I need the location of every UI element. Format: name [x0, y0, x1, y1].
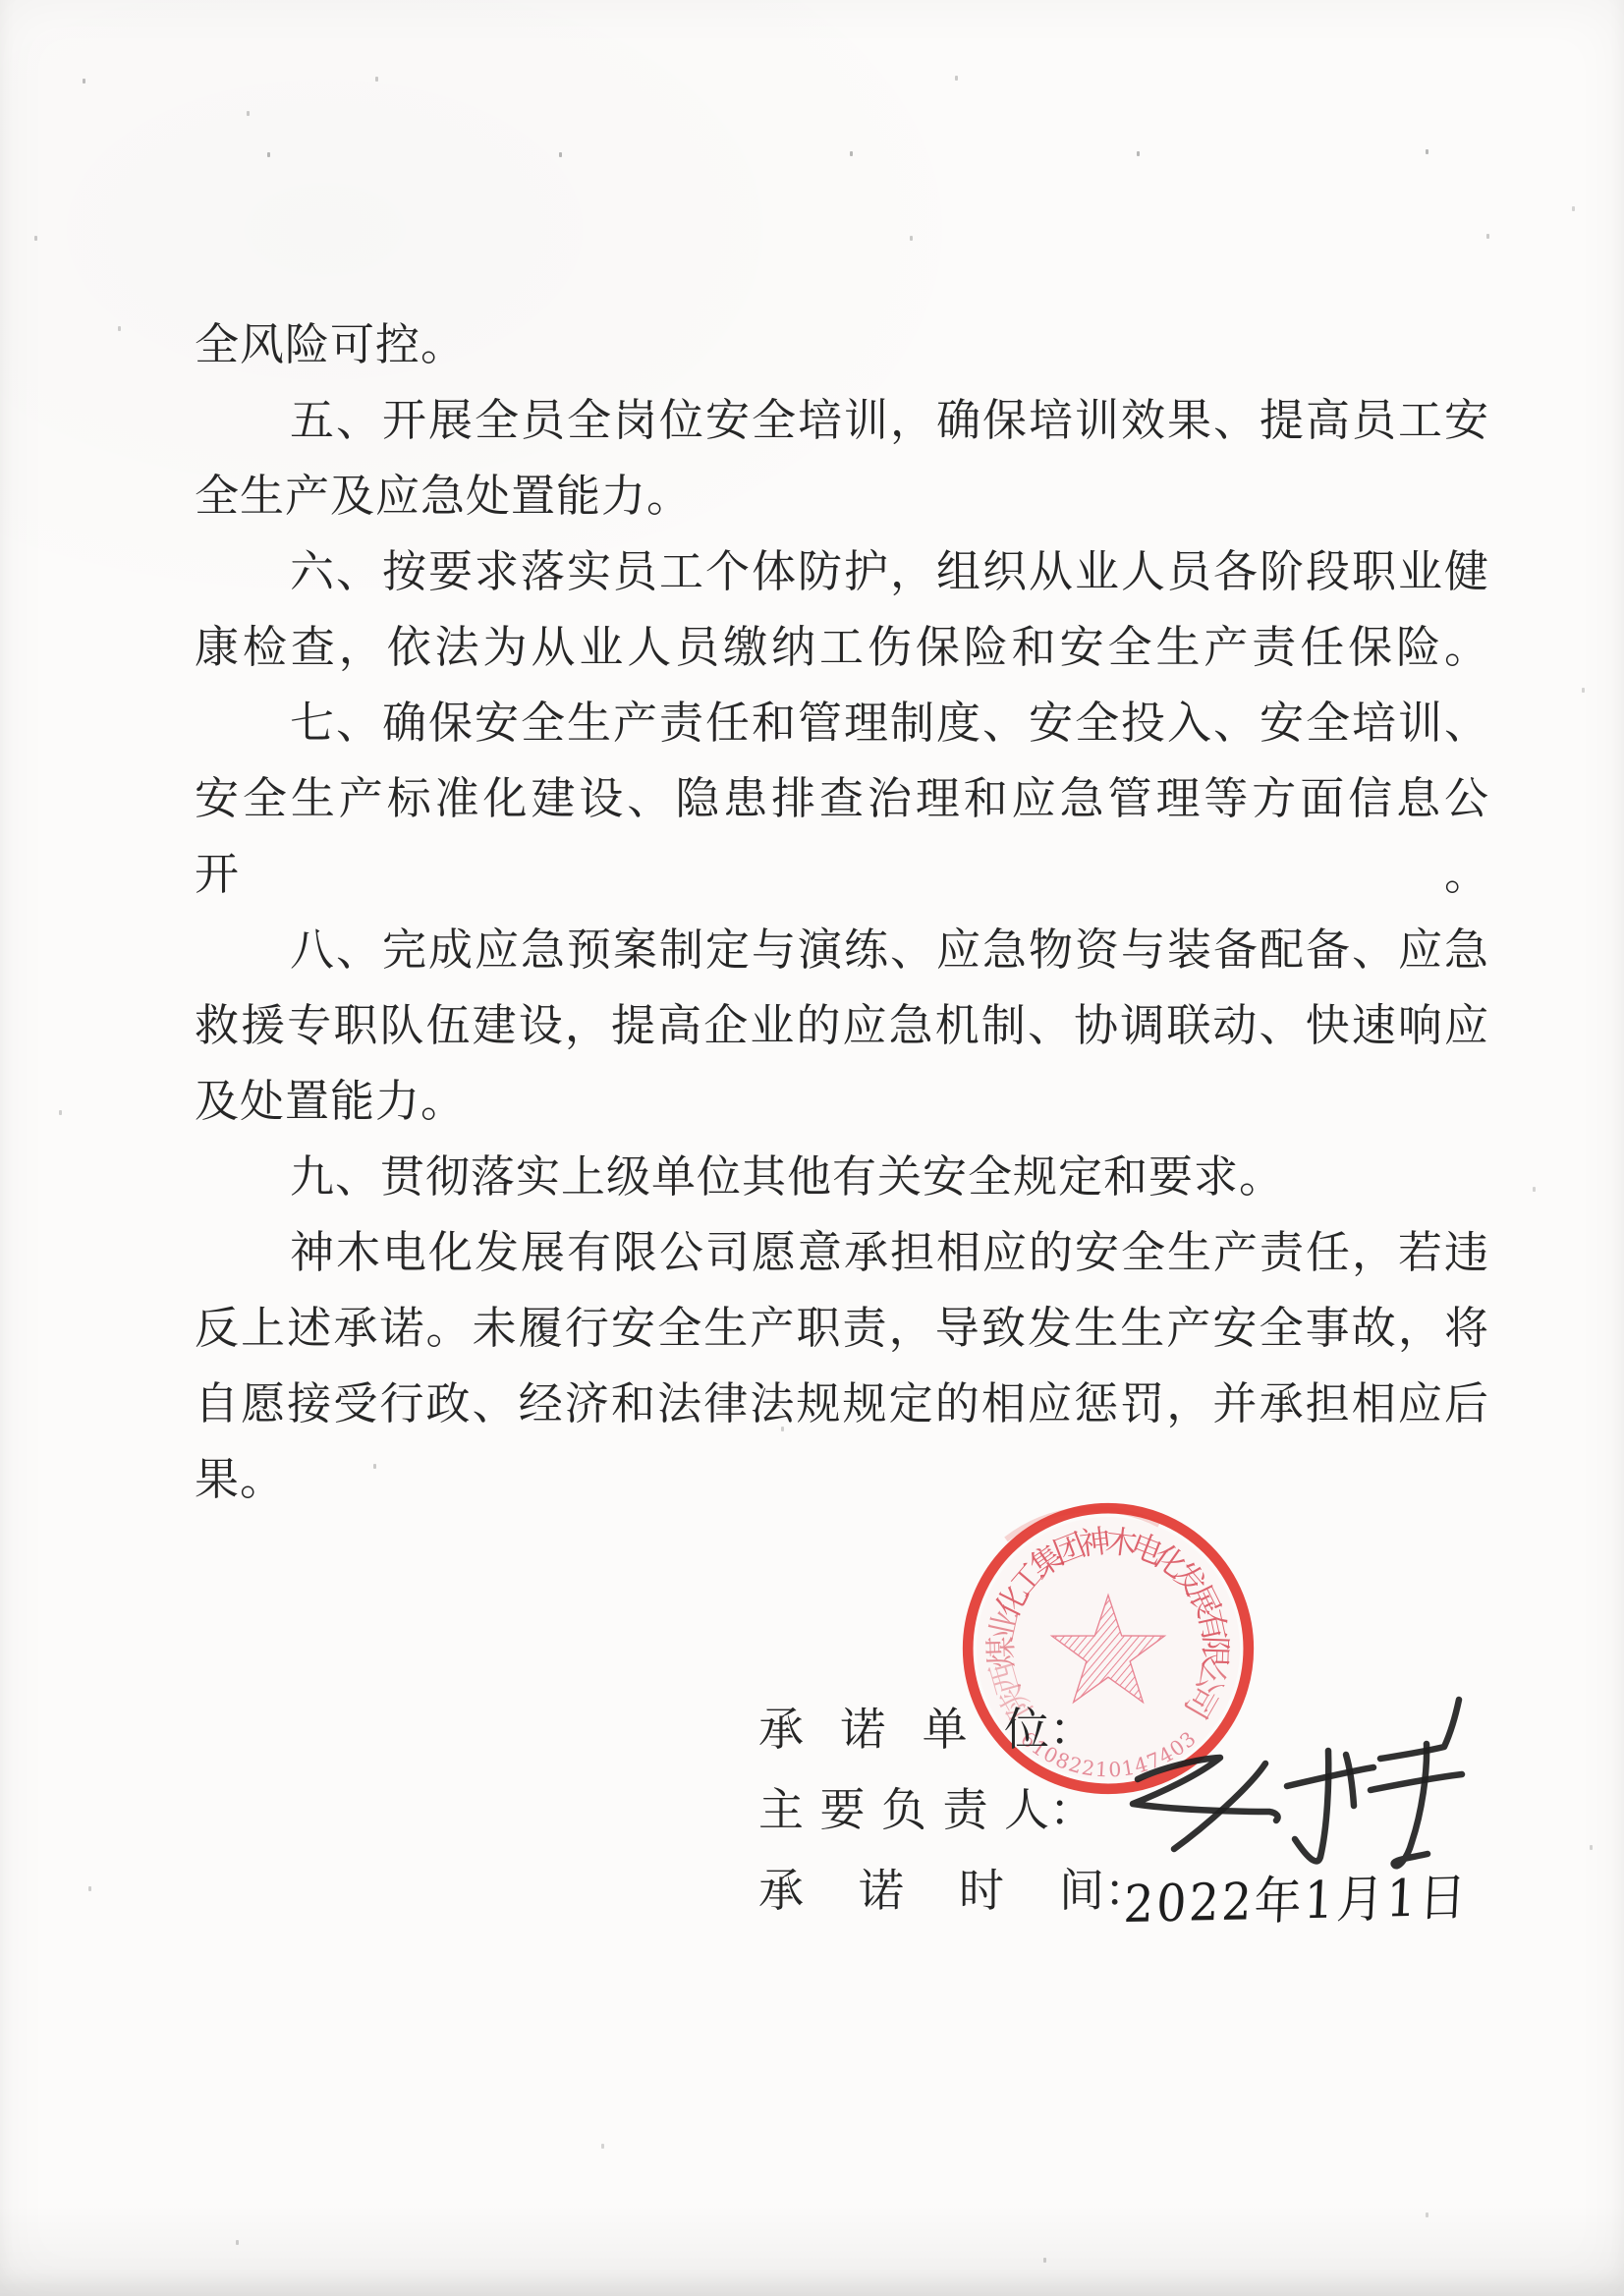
colon: ： — [1049, 1694, 1094, 1759]
body-line: 及处置能力。 — [195, 1063, 1489, 1139]
body-line: 六、按要求落实员工个体防护，组织从业人员各阶段职业健 — [195, 533, 1489, 609]
body-line: 康检查，依法为从业人员缴纳工伤保险和安全生产责任保险。 — [195, 609, 1489, 685]
body-line: 安全生产标准化建设、隐患排查治理和应急管理等方面信息公开。 — [195, 760, 1489, 912]
document-body: 全风险可控。 五、开展全员全岗位安全培训，确保培训效果、提高员工安 全生产及应急… — [195, 307, 1489, 1517]
body-line: 八、完成应急预案制定与演练、应急物资与装备配备、应急 — [195, 912, 1489, 987]
body-line: 果。 — [195, 1441, 1489, 1517]
responsible-person-label: 主要负责人 — [758, 1774, 1049, 1839]
commitment-unit-label: 承诺单位 — [758, 1694, 1049, 1759]
commitment-time-row: 承诺时间： — [758, 1855, 1149, 1924]
body-line: 全风险可控。 — [195, 307, 1489, 382]
body-line: 神木电化发展有限公司愿意承担相应的安全生产责任，若违 — [195, 1214, 1489, 1290]
body-line: 全生产及应急处置能力。 — [195, 458, 1489, 533]
commitment-unit-row: 承诺单位： — [758, 1694, 1094, 1763]
body-line: 反上述承诺。未履行安全生产职责，导致发生生产安全事故，将 — [195, 1290, 1489, 1366]
commitment-date-handwritten: 2022年1月1日 — [1122, 1856, 1471, 1936]
responsible-person-row: 主要负责人： — [758, 1774, 1094, 1843]
commitment-time-label: 承诺时间 — [758, 1855, 1104, 1920]
body-line: 七、确保安全生产责任和管理制度、安全投入、安全培训、 — [195, 685, 1489, 760]
scanned-document-page: 全风险可控。 五、开展全员全岗位安全培训，确保培训效果、提高员工安 全生产及应急… — [0, 0, 1624, 2296]
paper-speckles — [83, 79, 85, 84]
colon: ： — [1049, 1774, 1094, 1839]
body-line: 五、开展全员全岗位安全培训，确保培训效果、提高员工安 — [195, 382, 1489, 458]
body-line: 九、贯彻落实上级单位其他有关安全规定和要求。 — [195, 1139, 1489, 1214]
body-line: 救援专职队伍建设，提高企业的应急机制、协调联动、快速响应 — [195, 987, 1489, 1063]
body-line: 自愿接受行政、经济和法律法规规定的相应惩罚，并承担相应后 — [195, 1366, 1489, 1441]
